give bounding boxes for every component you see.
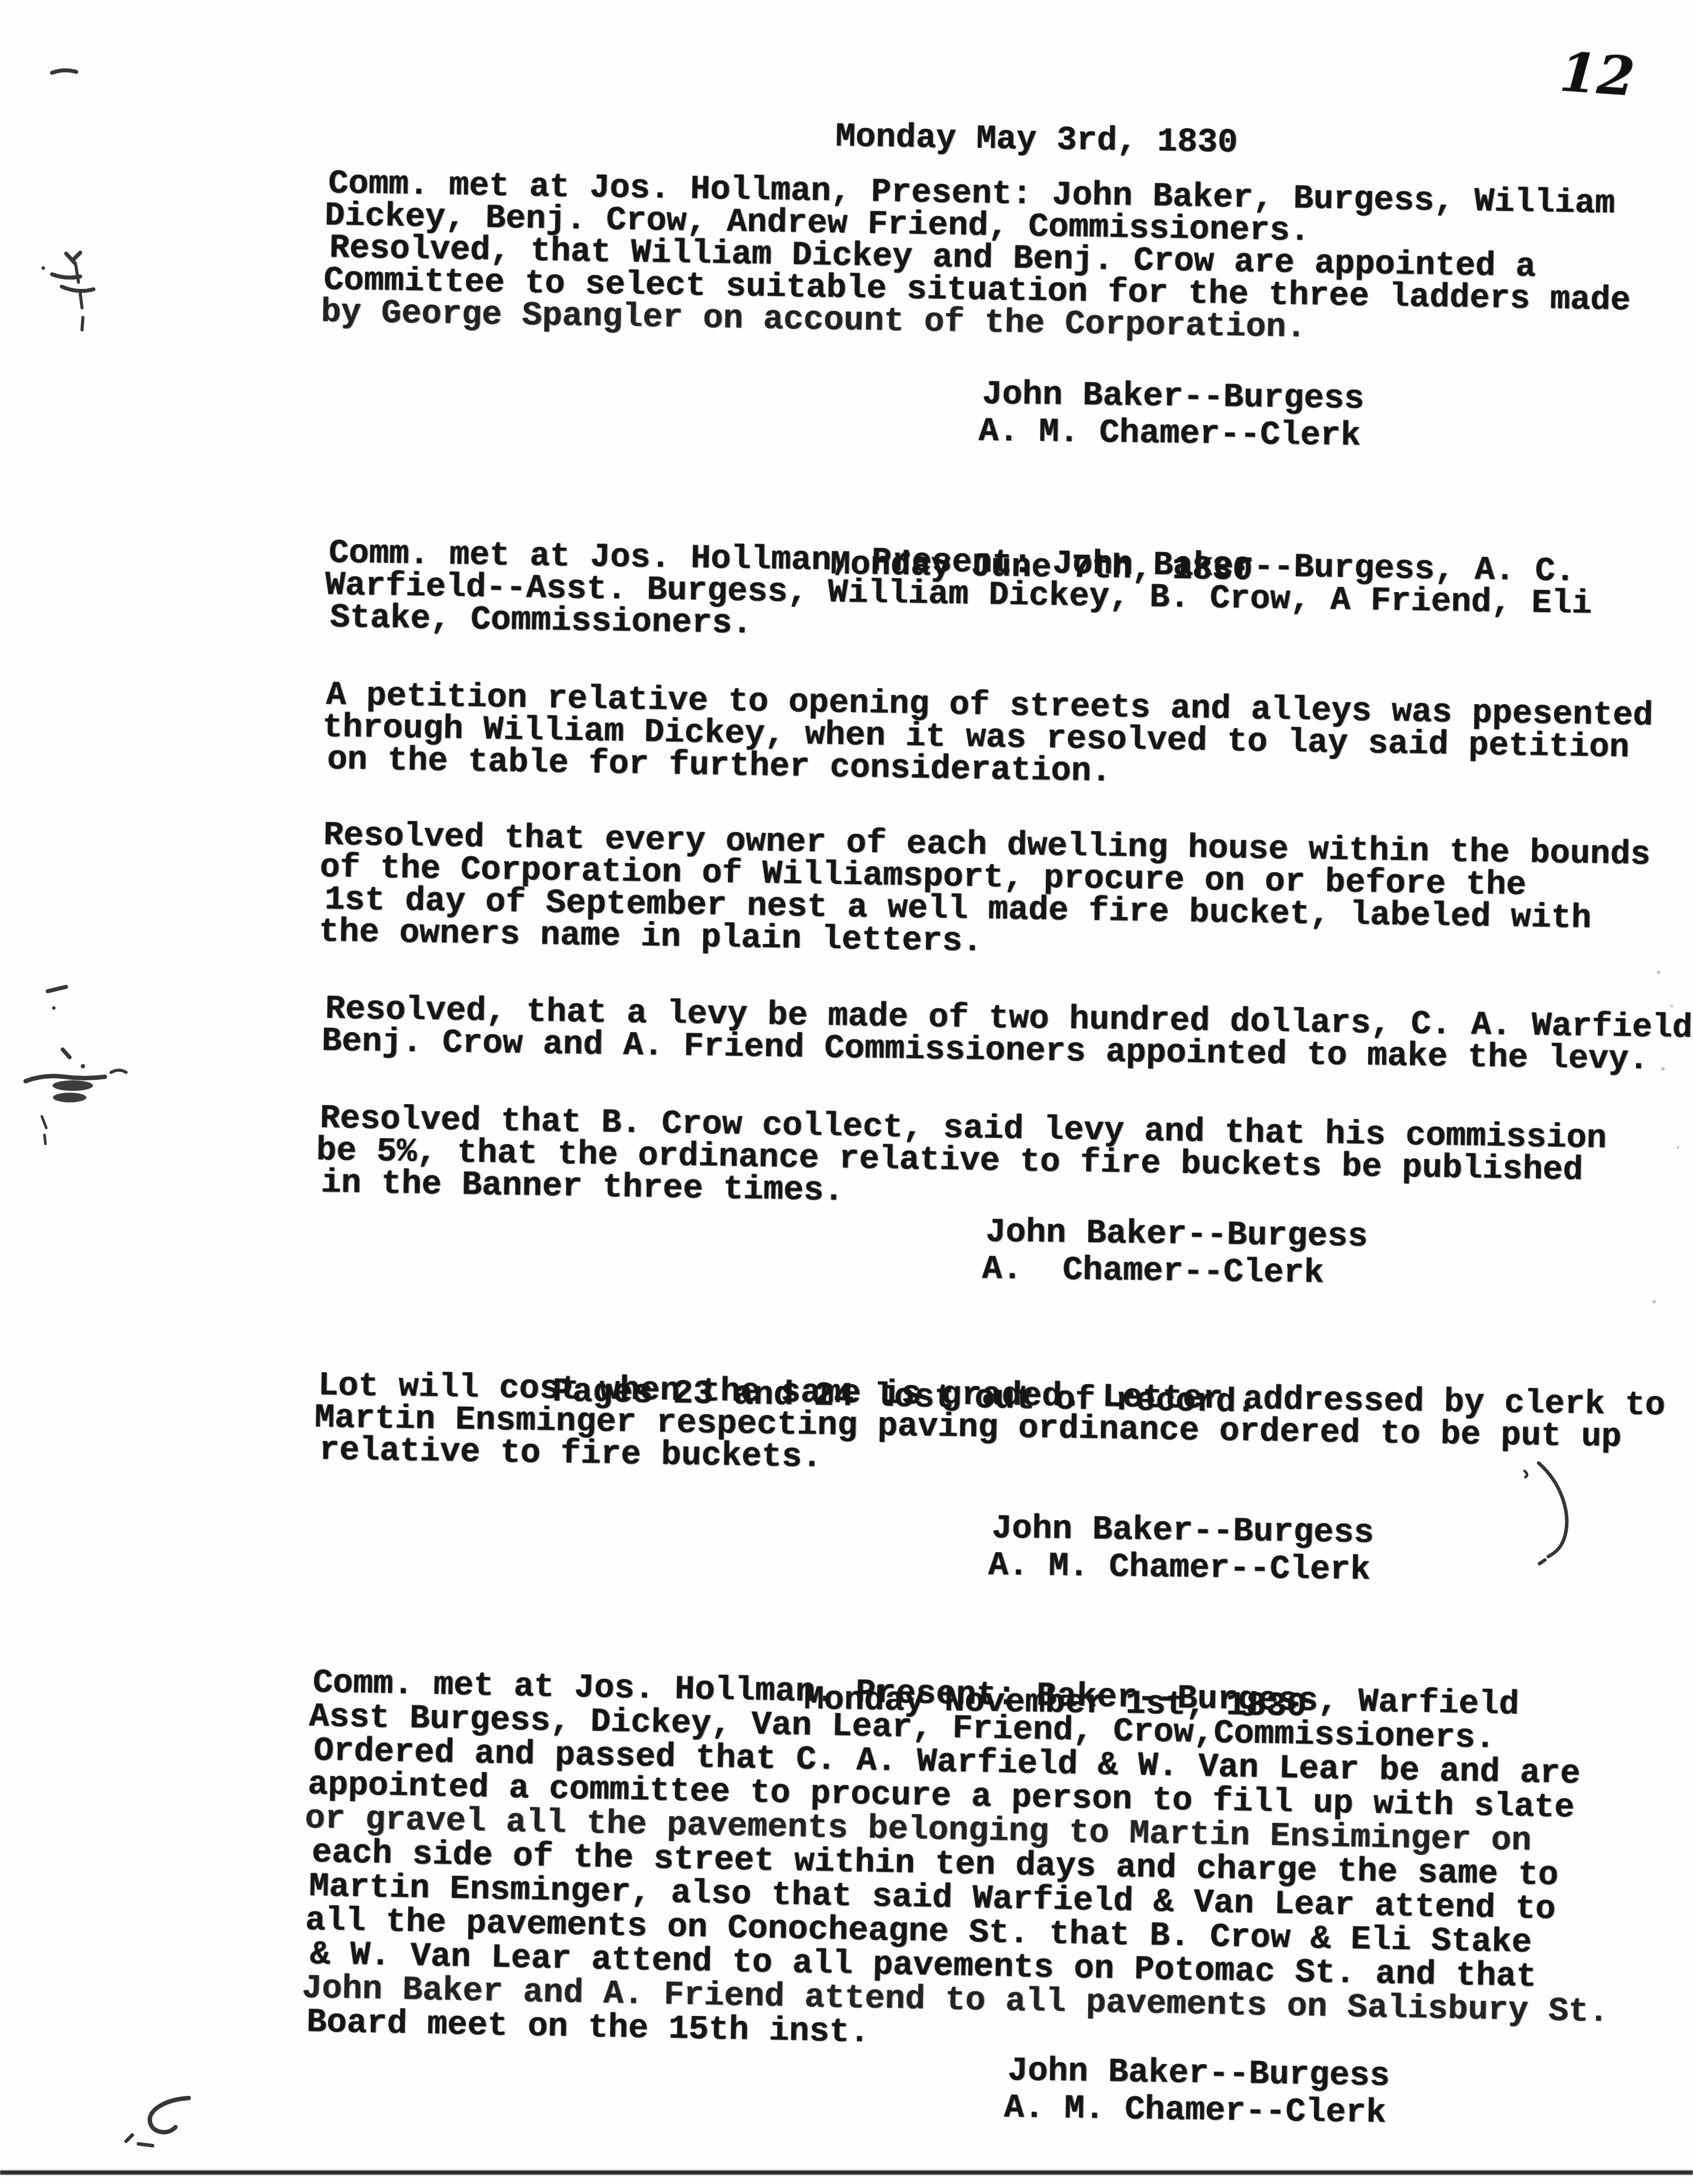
scan-artifacts bbox=[0, 0, 1693, 2184]
scanned-minutes-page: 12 Monday May 3rd, 1830 Comm. met at Jos… bbox=[0, 0, 1693, 2184]
ink-smudge-left-b bbox=[48, 987, 66, 991]
ink-blobs-left-margin bbox=[41, 266, 93, 1102]
pen-squiggle-bottom-left bbox=[150, 2098, 189, 2132]
scan-edge-line bbox=[0, 2170, 1693, 2175]
ink-smudge-left-a bbox=[66, 253, 80, 263]
ink-smudge-top-left bbox=[52, 70, 76, 73]
speckle-noise-right-margin bbox=[1652, 971, 1679, 1303]
pen-curve-right-margin bbox=[1539, 1463, 1567, 1564]
